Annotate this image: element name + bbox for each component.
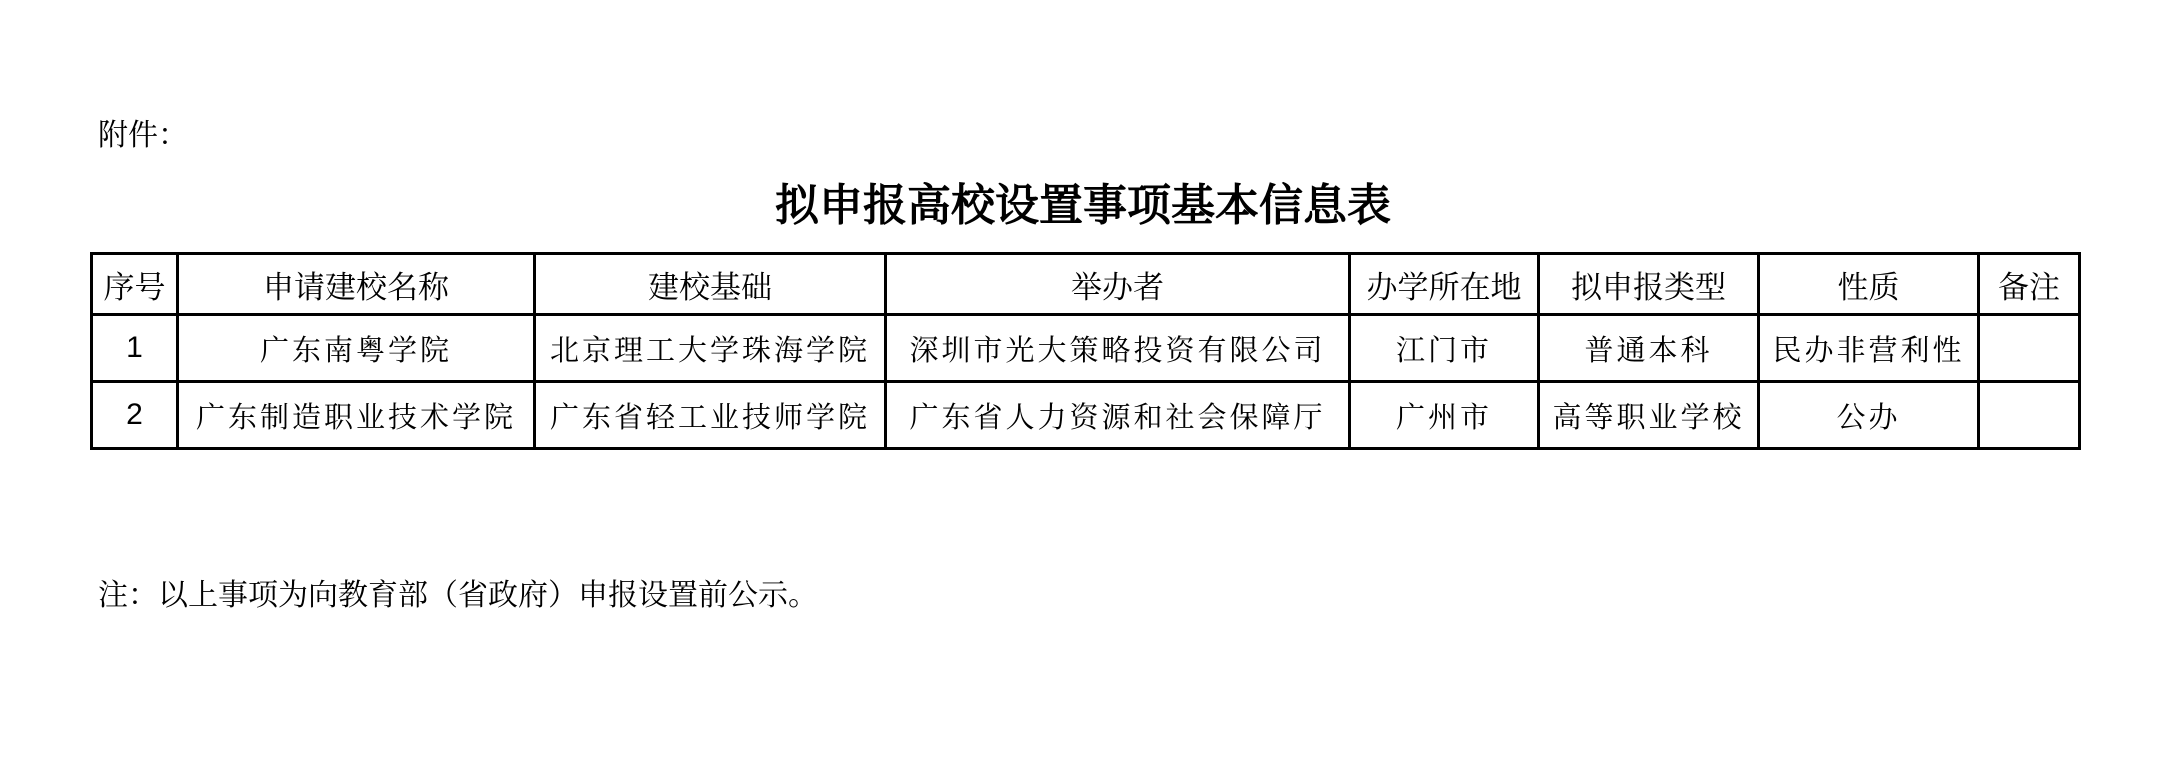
footnote: 注：以上事项为向教育部（省政府）申报设置前公示。 [98, 578, 818, 614]
header-location: 办学所在地 [1350, 254, 1539, 315]
header-type: 拟申报类型 [1539, 254, 1759, 315]
cell-nature: 民办非营利性 [1759, 315, 1979, 382]
page-title: 拟申报高校设置事项基本信息表 [0, 178, 2166, 234]
header-seq: 序号 [92, 254, 178, 315]
attachment-label: 附件： [98, 118, 188, 154]
cell-remarks [1979, 315, 2080, 382]
cell-type: 普通本科 [1539, 315, 1759, 382]
cell-foundation: 广东省轻工业技师学院 [535, 382, 886, 449]
cell-school-name: 广东南粤学院 [178, 315, 535, 382]
cell-foundation: 北京理工大学珠海学院 [535, 315, 886, 382]
cell-seq: 1 [92, 315, 178, 382]
header-foundation: 建校基础 [535, 254, 886, 315]
header-remarks: 备注 [1979, 254, 2080, 315]
table-row: 1 广东南粤学院 北京理工大学珠海学院 深圳市光大策略投资有限公司 江门市 普通… [92, 315, 2080, 382]
cell-seq: 2 [92, 382, 178, 449]
header-organizer: 举办者 [886, 254, 1350, 315]
table-row: 2 广东制造职业技术学院 广东省轻工业技师学院 广东省人力资源和社会保障厅 广州… [92, 382, 2080, 449]
cell-school-name: 广东制造职业技术学院 [178, 382, 535, 449]
cell-organizer: 广东省人力资源和社会保障厅 [886, 382, 1350, 449]
cell-type: 高等职业学校 [1539, 382, 1759, 449]
header-nature: 性质 [1759, 254, 1979, 315]
cell-location: 江门市 [1350, 315, 1539, 382]
table-header-row: 序号 申请建校名称 建校基础 举办者 办学所在地 拟申报类型 性质 备注 [92, 254, 2080, 315]
info-table: 序号 申请建校名称 建校基础 举办者 办学所在地 拟申报类型 性质 备注 1 广… [90, 252, 2081, 450]
header-school-name: 申请建校名称 [178, 254, 535, 315]
cell-organizer: 深圳市光大策略投资有限公司 [886, 315, 1350, 382]
cell-location: 广州市 [1350, 382, 1539, 449]
cell-nature: 公办 [1759, 382, 1979, 449]
cell-remarks [1979, 382, 2080, 449]
